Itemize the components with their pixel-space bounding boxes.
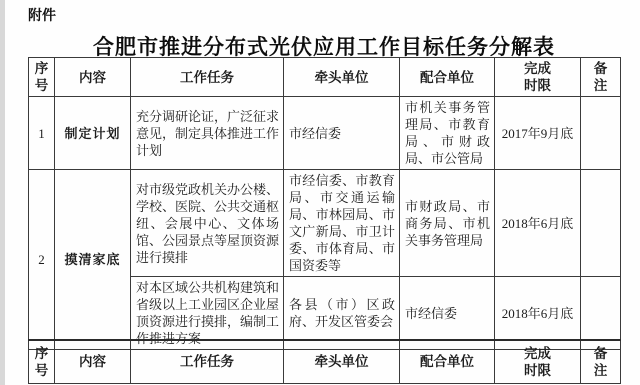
row1-remark bbox=[581, 97, 621, 170]
footer-header-seq: 序 号 bbox=[29, 340, 55, 383]
row1-task: 充分调研论证，广泛征求意见，制定具体推进工作计划 bbox=[131, 97, 284, 170]
header-deadline: 完成 时限 bbox=[495, 58, 581, 97]
header-lead-unit: 牵头单位 bbox=[284, 58, 400, 97]
table-row: 1 制定计划 充分调研论证，广泛征求意见，制定具体推进工作计划 市经信委 市机关… bbox=[29, 97, 621, 170]
table-row: 2 摸清家底 对市级党政机关办公楼、学校、医院、公共交通枢纽、会展中心、文体场馆… bbox=[29, 170, 621, 277]
footer-header-remark: 备 注 bbox=[581, 340, 621, 383]
row1-support-unit: 市机关事务管理局、市教育局、市财政局、市公管局 bbox=[400, 97, 495, 170]
row1-content: 制定计划 bbox=[55, 97, 131, 170]
header-support-unit: 配合单位 bbox=[400, 58, 495, 97]
header-task: 工作任务 bbox=[131, 58, 284, 97]
row1-seq: 1 bbox=[29, 97, 55, 170]
row2-content: 摸清家底 bbox=[55, 170, 131, 350]
document-page: 附件 合肥市推进分布式光伏应用工作目标任务分解表 序 号 内容 工作任务 牵头单… bbox=[0, 0, 640, 385]
task-breakdown-table: 序 号 内容 工作任务 牵头单位 配合单位 完成 时限 备 注 1 制定计划 充… bbox=[28, 57, 621, 350]
row2a-task: 对市级党政机关办公楼、学校、医院、公共交通枢纽、会展中心、文体场馆、公园景点等屋… bbox=[131, 170, 284, 277]
next-page-header-table: 序 号 内容 工作任务 牵头单位 配合单位 完成 时限 备 注 bbox=[28, 339, 621, 384]
row2a-lead-unit: 市经信委、市教育局、市交通运输局、市林园局、市文广新局、市卫计委、市体育局、市国… bbox=[284, 170, 400, 277]
row1-lead-unit: 市经信委 bbox=[284, 97, 400, 170]
footer-header-task: 工作任务 bbox=[131, 340, 284, 383]
row2a-deadline: 2018年6月底 bbox=[495, 170, 581, 277]
row2a-remark bbox=[581, 170, 621, 277]
footer-header-content: 内容 bbox=[55, 340, 131, 383]
row2-seq: 2 bbox=[29, 170, 55, 350]
footer-header-lead-unit: 牵头单位 bbox=[284, 340, 400, 383]
header-seq: 序 号 bbox=[29, 58, 55, 97]
table-header-row: 序 号 内容 工作任务 牵头单位 配合单位 完成 时限 备 注 bbox=[29, 340, 621, 383]
header-content: 内容 bbox=[55, 58, 131, 97]
row1-deadline: 2017年9月底 bbox=[495, 97, 581, 170]
row2a-support-unit: 市财政局、市商务局、市机关事务管理局 bbox=[400, 170, 495, 277]
attachment-label: 附件 bbox=[28, 5, 56, 25]
scan-edge-strip bbox=[0, 0, 5, 385]
table-header-row: 序 号 内容 工作任务 牵头单位 配合单位 完成 时限 备 注 bbox=[29, 58, 621, 97]
header-remark: 备 注 bbox=[581, 58, 621, 97]
footer-header-deadline: 完成 时限 bbox=[495, 340, 581, 383]
footer-header-support-unit: 配合单位 bbox=[400, 340, 495, 383]
